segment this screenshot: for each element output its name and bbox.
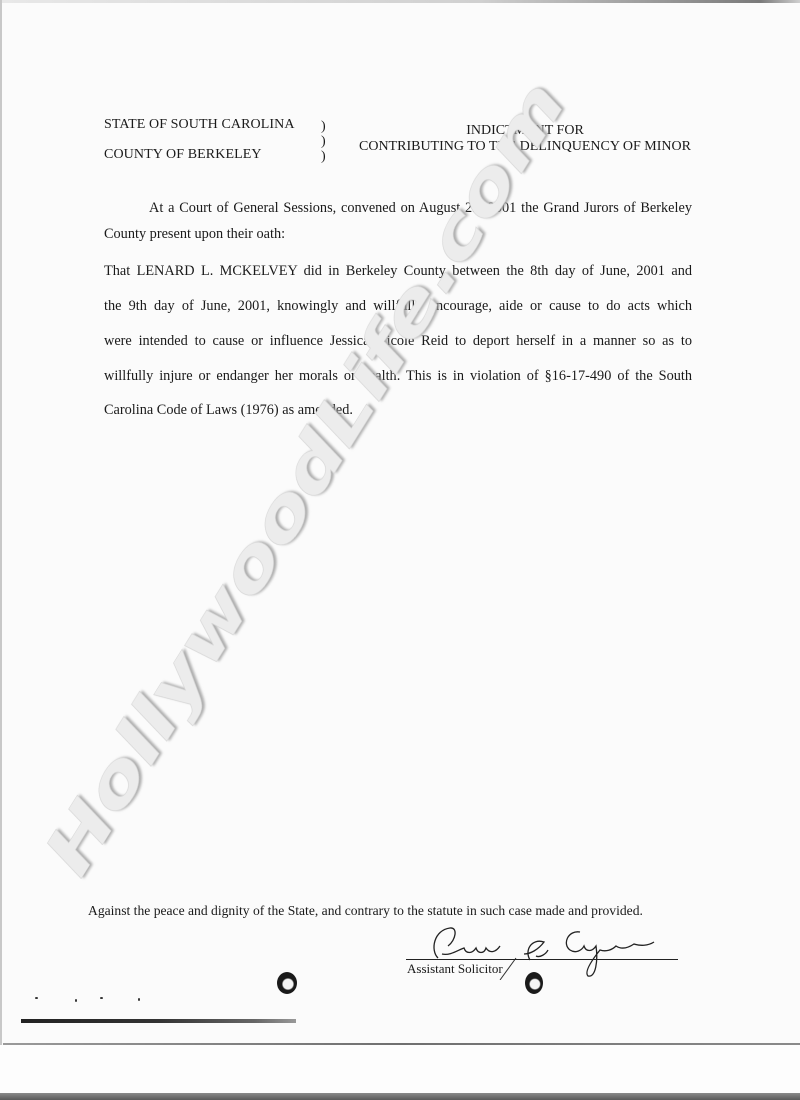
charge-line: willfully injure or endanger her morals … [104,368,692,385]
indictment-title-line2: CONTRIBUTING TO THE DELINQUENCY OF MINOR [350,139,700,155]
scan-bottom-edge [0,1093,800,1100]
charge-line: Carolina Code of Laws (1976) as amended. [104,402,692,419]
indictment-title-line1: INDICTMENT FOR [350,123,700,139]
signature-line [406,959,678,960]
county-caption: COUNTY OF BERKELEY [104,147,262,163]
signature-title: Assistant Solicitor [407,961,503,977]
caption-paren: ) [321,149,326,165]
scan-speck [75,999,77,1002]
charge-line: were intended to cause or influence Jess… [104,333,692,350]
charge-line: That LENARD L. MCKELVEY did in Berkeley … [104,263,692,280]
scan-left-edge [0,0,2,1060]
scanned-document-page: STATE OF SOUTH CAROLINA COUNTY OF BERKEL… [0,0,800,1100]
preamble-line: County present upon their oath: [104,226,692,243]
charge-line: the 9th day of June, 2001, knowingly and… [104,298,692,315]
scanner-bed-area [0,1045,800,1095]
scan-speck [138,998,140,1001]
preamble-line: At a Court of General Sessions, convened… [149,200,692,217]
caption-paren: ) [321,134,326,150]
bottom-rule [21,1019,296,1023]
scan-top-edge [0,0,800,3]
punch-hole-mark [277,972,297,994]
watermark-text: HollywoodLife.com [30,68,581,888]
watermark: HollywoodLife.com [0,0,800,1100]
scan-speck [35,997,38,999]
punch-hole-mark [525,972,543,994]
caption-paren: ) [321,119,326,135]
state-caption: STATE OF SOUTH CAROLINA [104,117,295,133]
scan-speck [100,997,103,999]
closing-statement: Against the peace and dignity of the Sta… [88,903,643,919]
